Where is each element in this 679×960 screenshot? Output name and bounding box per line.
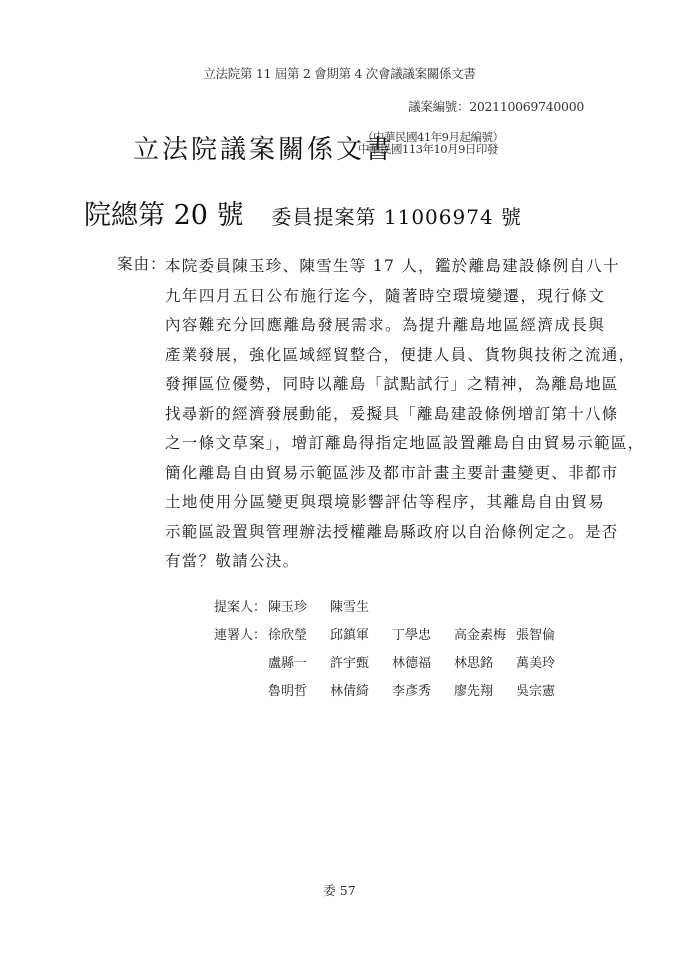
case-body: 本院委員陳玉珍、陳雪生等 17 人，鑑於離島建設條例自八十 九年四月五日公布施行… (165, 252, 605, 577)
proposer-name: 陳雪生 (330, 598, 392, 626)
case-line: 內容難充分回應離島發展需求。為提升離島地區經濟成長與 (165, 311, 605, 341)
case-line: 找尋新的經濟發展動能，爰擬具「離島建設條例增訂第十八條 (165, 400, 605, 430)
cosigner-name: 林德福 (392, 654, 454, 682)
cosigner-name: 廖先翔 (454, 682, 516, 710)
case-line: 發揮區位優勢，同時以離島「試點試行」之精神，為離島地區 (165, 370, 605, 400)
title-meta: （中華民國41年9月起編號） 中華民國113年10月9日印發 (358, 131, 503, 155)
proposer-name: 陳玉珍 (268, 598, 330, 626)
cosigner-name: 盧縣一 (268, 654, 330, 682)
cosigner-name: 魯明哲 (268, 682, 330, 710)
proposal-number: 委員提案第 11006974 號 (272, 205, 523, 229)
cosigner-name: 吳宗憲 (516, 682, 578, 710)
cosigners-row: 魯明哲 林倩綺 李彥秀 廖先翔 吳宗憲 (214, 682, 578, 710)
signers-block: 提案人： 陳玉珍 陳雪生 連署人： 徐欣瑩 邱鎮軍 丁學忠 高金素梅 張智倫 盧… (214, 598, 578, 710)
case-line: 產業發展，強化區域經貿整合，便捷人員、貨物與技術之流通， (165, 341, 605, 371)
cosigner-name: 林倩綺 (330, 682, 392, 710)
case-line: 本院委員陳玉珍、陳雪生等 17 人，鑑於離島建設條例自八十 (165, 252, 605, 282)
proposer-label: 提案人： (214, 598, 268, 626)
cosigner-name: 徐欣瑩 (268, 626, 330, 654)
cosigners-row: 連署人： 徐欣瑩 邱鎮軍 丁學忠 高金素梅 張智倫 (214, 626, 578, 654)
cosigner-name: 邱鎮軍 (330, 626, 392, 654)
case-line: 簡化離島自由貿易示範區涉及都市計畫主要計畫變更、非都市 (165, 459, 605, 489)
doc-number-row: 院總第 20 號委員提案第 11006974 號 (84, 193, 522, 232)
document-title: 立法院議案關係文書 (133, 129, 394, 166)
page-number: 委 57 (0, 881, 679, 899)
case-line: 土地使用分區變更與環境影響評估等程序，其離島自由貿易 (165, 488, 605, 518)
bill-number: 議案編號：202110069740000 (408, 97, 584, 115)
cosigner-name: 許宇甄 (330, 654, 392, 682)
cosigner-name: 高金素梅 (454, 626, 516, 654)
cosigner-name: 李彥秀 (392, 682, 454, 710)
cosigner-name: 丁學忠 (392, 626, 454, 654)
print-date: 中華民國113年10月9日印發 (358, 143, 503, 155)
general-number: 院總第 20 號 (84, 200, 244, 231)
case-line: 九年四月五日公布施行迄今，隨著時空環境變遷，現行條文 (165, 282, 605, 312)
case-line: 之一條文草案」，增訂離島得指定地區設置離島自由貿易示範區， (165, 429, 605, 459)
case-label: 案由： (117, 252, 167, 274)
cosigner-name: 萬美玲 (516, 654, 578, 682)
running-header: 立法院第 11 屆第 2 會期第 4 次會議議案關係文書 (0, 64, 679, 82)
cosigner-name: 林思銘 (454, 654, 516, 682)
cosigner-name: 張智倫 (516, 626, 578, 654)
case-line: 有當？敬請公決。 (165, 547, 605, 577)
proposers-row: 提案人： 陳玉珍 陳雪生 (214, 598, 578, 626)
case-line: 示範區設置與管理辦法授權離島縣政府以自治條例定之。是否 (165, 518, 605, 548)
cosigner-label: 連署人： (214, 626, 268, 654)
cosigners-row: 盧縣一 許宇甄 林德福 林思銘 萬美玲 (214, 654, 578, 682)
